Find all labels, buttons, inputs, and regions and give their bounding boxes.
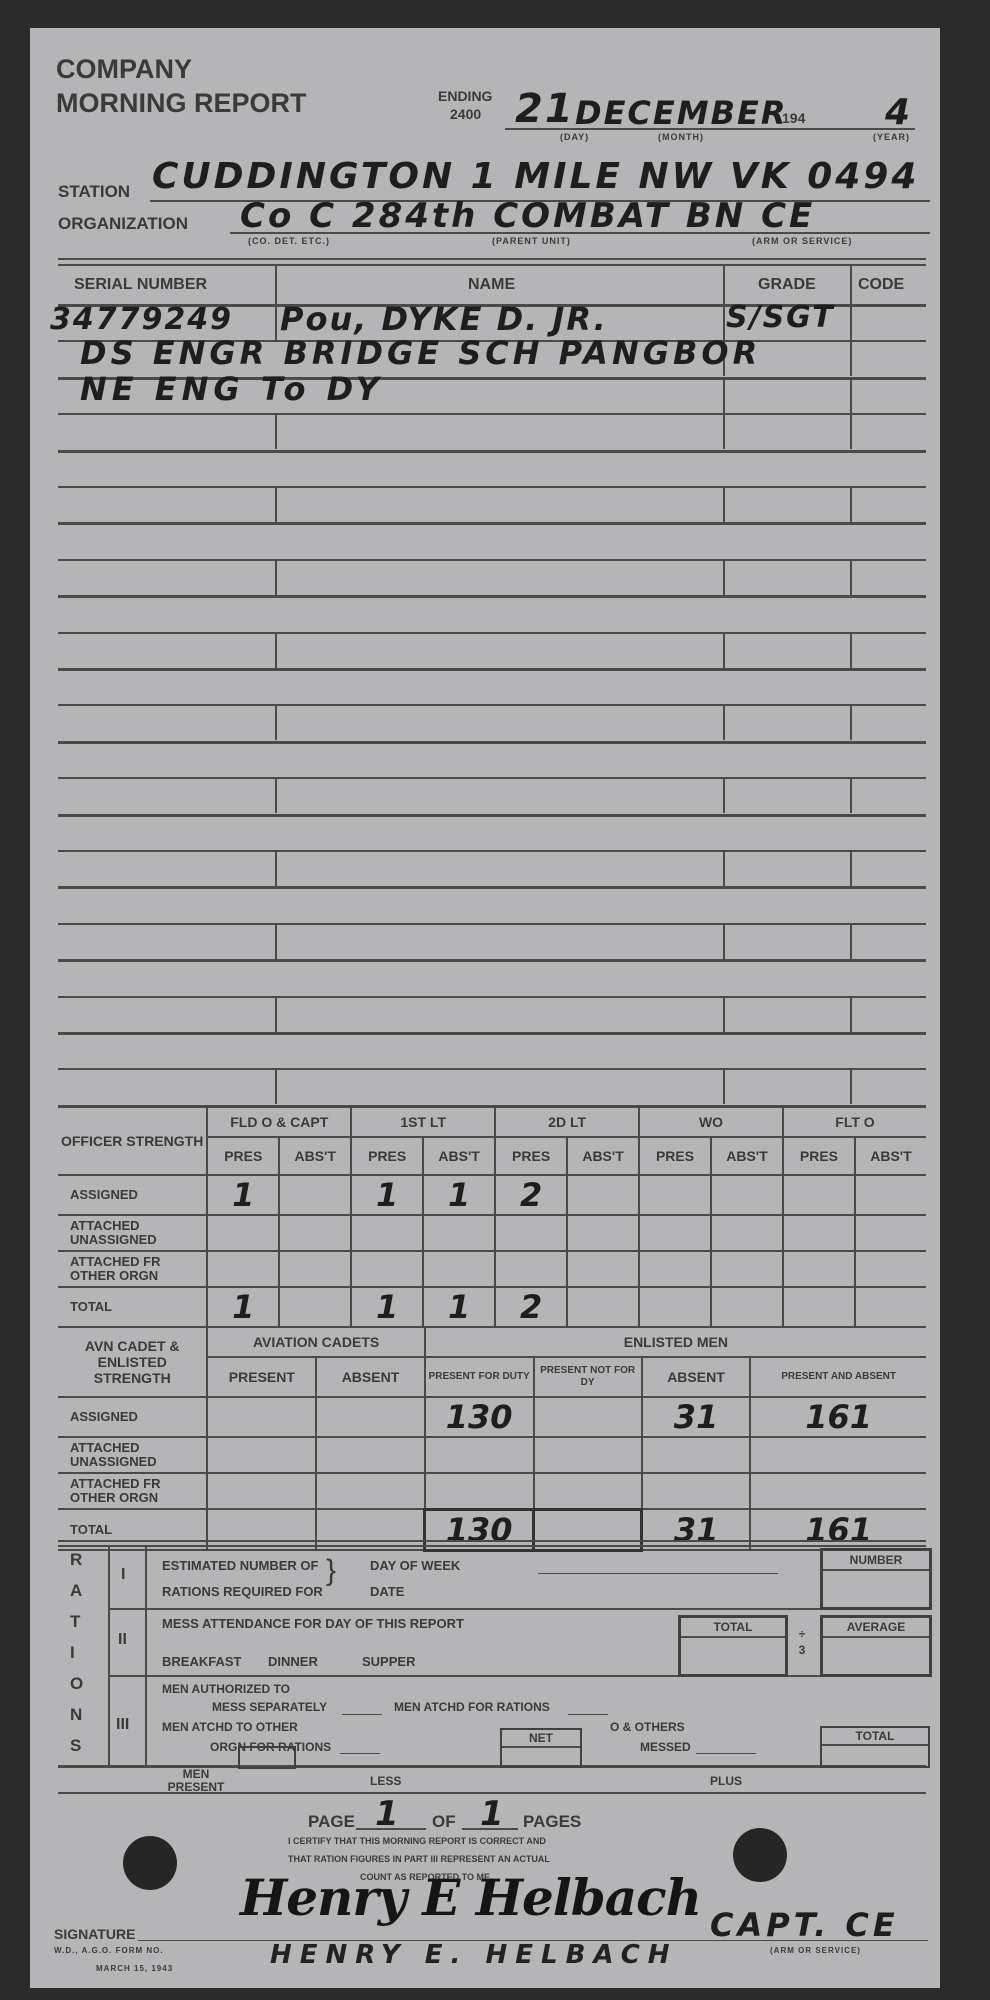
section-3-num: III <box>116 1716 129 1734</box>
col-divider <box>275 1068 277 1104</box>
entry-row-line <box>58 923 926 925</box>
enlisted-cell[interactable]: 161 <box>750 1509 926 1550</box>
rations-letter: R <box>70 1550 82 1570</box>
row-label: TOTAL <box>58 1509 207 1550</box>
entry-remark-1: DS ENGR BRIDGE SCH PANGBOR <box>80 334 761 372</box>
sub-header: PRESENT FOR DUTY <box>425 1357 534 1397</box>
month-caption: (MONTH) <box>658 132 704 142</box>
enlisted-cell[interactable] <box>750 1437 926 1473</box>
sub-header: ABSENT <box>316 1357 425 1397</box>
enlisted-cell[interactable] <box>425 1437 534 1473</box>
date-day: 21 <box>515 86 575 132</box>
org-caption-unit: (CO. DET. ETC.) <box>248 236 330 246</box>
ending-time: 2400 <box>450 106 481 122</box>
col-divider <box>275 923 277 959</box>
sub-header: PRES <box>495 1137 567 1175</box>
breakfast-label: BREAKFAST <box>162 1654 241 1669</box>
of-label: OF <box>432 1812 456 1832</box>
form-number: W.D., A.G.O. FORM NO. <box>54 1946 164 1955</box>
men-present-label: MEN PRESENT <box>166 1768 226 1794</box>
col-divider <box>723 559 725 595</box>
officer-cell[interactable] <box>855 1287 926 1327</box>
messed-field <box>696 1753 756 1754</box>
form-title-line1: COMPANY <box>56 54 192 84</box>
entry-row-line <box>58 450 926 453</box>
officer-cell[interactable] <box>495 1251 567 1287</box>
group-2d-lt: 2D LT <box>495 1107 639 1137</box>
enlisted-cell[interactable] <box>207 1397 316 1437</box>
sub-header: PRESENT NOT FOR DY <box>534 1357 642 1397</box>
year-prefix: 194 <box>782 110 805 126</box>
enlisted-cell[interactable] <box>642 1437 751 1473</box>
entry-row-line <box>58 996 926 998</box>
enlisted-cell[interactable] <box>316 1437 425 1473</box>
morning-report-form: COMPANY MORNING REPORT ENDING 2400 21 DE… <box>30 28 940 1988</box>
men-present-box[interactable] <box>238 1746 296 1769</box>
rations-letter: O <box>70 1674 83 1694</box>
day-of-week-label: DAY OF WEEK <box>370 1558 460 1573</box>
mess-separately-label: MESS SEPARATELY <box>212 1700 327 1714</box>
rank-and-service: CAPT. CE <box>710 1906 899 1944</box>
officer-cell[interactable] <box>783 1251 855 1287</box>
sub-header: ABS'T <box>567 1137 639 1175</box>
col-divider <box>723 923 725 959</box>
station-value: CUDDINGTON 1 MILE NW VK 0494 <box>152 156 919 197</box>
col-name: NAME <box>468 276 515 294</box>
col-divider <box>145 1547 147 1765</box>
entry-row-line <box>58 886 926 889</box>
officer-cell[interactable] <box>711 1251 783 1287</box>
day-of-week-field <box>538 1573 778 1574</box>
entry-row-line <box>58 413 926 415</box>
day-caption: (DAY) <box>560 132 589 142</box>
enlisted-cell[interactable]: 130 <box>425 1397 534 1437</box>
col-divider <box>723 704 725 740</box>
enlisted-cell[interactable] <box>534 1473 642 1509</box>
date-label: DATE <box>370 1584 404 1599</box>
enlisted-cell[interactable]: 130 <box>425 1509 534 1550</box>
col-divider <box>850 632 852 668</box>
rations-letter: A <box>70 1581 82 1601</box>
officer-cell[interactable] <box>711 1287 783 1327</box>
entry-remark-2: NE ENG To DY <box>80 370 384 408</box>
divider <box>58 264 926 266</box>
page-label: PAGE <box>308 1812 355 1832</box>
sub-header: PRES <box>639 1137 711 1175</box>
officer-cell[interactable] <box>423 1215 495 1251</box>
col-divider <box>275 996 277 1032</box>
officer-cell[interactable]: 1 <box>423 1287 495 1327</box>
sub-header: PRESENT AND ABSENT <box>750 1357 926 1397</box>
dinner-label: DINNER <box>268 1654 318 1669</box>
sub-header: ABS'T <box>711 1137 783 1175</box>
officer-cell[interactable] <box>855 1215 926 1251</box>
orgn-for-rations-field <box>340 1753 380 1754</box>
divider <box>58 1545 926 1547</box>
col-divider <box>850 1068 852 1104</box>
officer-cell[interactable]: 1 <box>351 1287 423 1327</box>
divider <box>58 1540 926 1542</box>
officer-cell[interactable] <box>279 1251 351 1287</box>
officer-cell[interactable] <box>567 1215 639 1251</box>
pages-total: 1 <box>480 1794 506 1834</box>
supper-label: SUPPER <box>362 1654 415 1669</box>
entry-row-line <box>58 814 926 817</box>
col-divider <box>850 340 852 376</box>
punch-hole-right <box>733 1828 787 1882</box>
col-divider <box>723 632 725 668</box>
row-label: ATTACHED UNASSIGNED <box>58 1215 207 1251</box>
col-divider <box>723 777 725 813</box>
rations-total-label: TOTAL <box>822 1728 928 1746</box>
section-2-num: II <box>118 1631 127 1649</box>
col-divider <box>275 704 277 740</box>
row-label: ATTACHED FR OTHER ORGN <box>58 1473 207 1509</box>
col-divider <box>850 923 852 959</box>
officer-cell[interactable] <box>279 1215 351 1251</box>
officer-strength-table: OFFICER STRENGTH FLD O & CAPT 1ST LT 2D … <box>58 1106 926 1328</box>
date-year: 4 <box>885 92 912 133</box>
rations-letter: T <box>70 1612 80 1632</box>
row-label: ATTACHED UNASSIGNED <box>58 1437 207 1473</box>
mess-total-box[interactable]: TOTAL <box>678 1615 788 1677</box>
entry-row-line <box>58 741 926 744</box>
col-divider <box>108 1547 110 1765</box>
group-1st-lt: 1ST LT <box>351 1107 495 1137</box>
group-flt-o: FLT O <box>783 1107 926 1137</box>
entry-row-line <box>58 777 926 779</box>
form-title-line2: MORNING REPORT <box>56 88 307 118</box>
men-atchd-other-label: MEN ATCHD TO OTHER <box>162 1720 298 1734</box>
officer-cell[interactable] <box>495 1215 567 1251</box>
enlisted-strength-table: AVN CADET & ENLISTED STRENGTH AVIATION C… <box>58 1326 926 1552</box>
entry-serial: 34779249 <box>50 302 233 337</box>
entry-name: Pou, DYKE D. JR. <box>280 300 608 338</box>
row-label: ASSIGNED <box>58 1175 207 1215</box>
officer-cell[interactable] <box>639 1215 711 1251</box>
messed-label: MESSED <box>640 1740 691 1754</box>
entry-row-line <box>58 668 926 671</box>
col-divider <box>275 632 277 668</box>
sub-header: PRES <box>351 1137 423 1175</box>
entry-row-line <box>58 850 926 852</box>
certification-line2: THAT RATION FIGURES IN PART III REPRESEN… <box>288 1854 550 1864</box>
average-label: AVERAGE <box>823 1618 929 1638</box>
page-number: 1 <box>375 1794 401 1834</box>
station-label: STATION <box>58 182 130 202</box>
net-box[interactable]: NET <box>500 1728 582 1768</box>
officer-cell[interactable] <box>351 1251 423 1287</box>
org-caption-parent: (PARENT UNIT) <box>492 236 571 246</box>
entry-row-line <box>58 959 926 962</box>
officer-cell[interactable] <box>639 1251 711 1287</box>
col-divider <box>723 1068 725 1104</box>
col-divider <box>850 850 852 886</box>
officer-cell[interactable] <box>711 1215 783 1251</box>
men-atchd-rations-field <box>568 1714 608 1715</box>
row-label: ASSIGNED <box>58 1397 207 1437</box>
enlisted-cell[interactable] <box>207 1509 316 1550</box>
entry-row-line <box>58 1032 926 1035</box>
men-atchd-rations-label: MEN ATCHD FOR RATIONS <box>394 1700 550 1714</box>
entry-row-line <box>58 632 926 634</box>
officer-cell[interactable] <box>783 1175 855 1215</box>
officer-cell[interactable] <box>207 1215 279 1251</box>
entry-row-line <box>58 559 926 561</box>
group-wo: WO <box>639 1107 783 1137</box>
rations-total-box[interactable]: TOTAL <box>820 1726 930 1768</box>
enlisted-cell[interactable]: 161 <box>750 1397 926 1437</box>
divider <box>108 1608 926 1610</box>
number-label: NUMBER <box>823 1551 929 1571</box>
divider <box>58 258 926 260</box>
col-divider <box>850 704 852 740</box>
officer-cell[interactable] <box>423 1251 495 1287</box>
divider <box>108 1675 926 1677</box>
col-divider <box>850 486 852 522</box>
entry-row-line <box>58 1068 926 1070</box>
col-divider <box>275 486 277 522</box>
enlisted-strength-title: AVN CADET & ENLISTED STRENGTH <box>58 1327 207 1397</box>
row-label: ATTACHED FR OTHER ORGN <box>58 1251 207 1287</box>
officer-cell[interactable] <box>783 1215 855 1251</box>
less-label: LESS <box>370 1774 401 1788</box>
entry-row-line <box>58 522 926 525</box>
col-divider <box>723 486 725 522</box>
mess-attendance-title: MESS ATTENDANCE FOR DAY OF THIS REPORT <box>162 1616 464 1631</box>
rations-required-line2: RATIONS REQUIRED FOR <box>162 1584 323 1599</box>
col-divider <box>275 559 277 595</box>
signature: Henry E Helbach <box>240 1868 701 1927</box>
officer-cell[interactable] <box>855 1251 926 1287</box>
group-enlisted-men: ENLISTED MEN <box>425 1327 926 1357</box>
officer-cell[interactable]: 2 <box>495 1287 567 1327</box>
brace: } <box>326 1554 336 1588</box>
col-divider <box>723 264 725 304</box>
net-label: NET <box>502 1730 580 1748</box>
o-others-label: O & OTHERS <box>610 1720 685 1734</box>
col-divider <box>850 264 852 304</box>
rations-letter: S <box>70 1736 81 1756</box>
mess-total-label: TOTAL <box>681 1618 785 1638</box>
col-code: CODE <box>858 276 904 294</box>
officer-cell[interactable] <box>567 1175 639 1215</box>
sub-header: PRESENT <box>207 1357 316 1397</box>
officer-cell[interactable] <box>351 1215 423 1251</box>
date-month: DECEMBER <box>575 94 788 132</box>
divide-by-3: ÷ 3 <box>796 1626 808 1658</box>
enlisted-cell[interactable] <box>425 1473 534 1509</box>
enlisted-cell[interactable] <box>316 1397 425 1437</box>
officer-cell[interactable] <box>567 1287 639 1327</box>
section-1-num: I <box>121 1566 125 1584</box>
rations-letter: N <box>70 1705 82 1725</box>
col-divider <box>850 559 852 595</box>
officer-cell[interactable] <box>279 1175 351 1215</box>
officer-cell[interactable] <box>711 1175 783 1215</box>
entry-row-line <box>58 595 926 598</box>
entry-row-line <box>58 704 926 706</box>
enlisted-cell[interactable] <box>316 1473 425 1509</box>
col-divider <box>850 777 852 813</box>
col-divider <box>723 996 725 1032</box>
plus-label: PLUS <box>710 1774 742 1788</box>
enlisted-cell[interactable] <box>534 1437 642 1473</box>
sub-header: ABSENT <box>642 1357 751 1397</box>
sub-header: ABS'T <box>855 1137 926 1175</box>
officer-cell[interactable] <box>783 1287 855 1327</box>
enlisted-cell[interactable]: 31 <box>642 1509 751 1550</box>
officer-cell[interactable] <box>567 1251 639 1287</box>
punch-hole-left <box>123 1836 177 1890</box>
organization-label: ORGANIZATION <box>58 214 188 234</box>
sub-header: ABS'T <box>423 1137 495 1175</box>
form-date: MARCH 15, 1943 <box>96 1964 173 1973</box>
group-fld-o-capt: FLD O & CAPT <box>207 1107 351 1137</box>
signature-label: SIGNATURE <box>54 1926 135 1942</box>
row-label: TOTAL <box>58 1287 207 1327</box>
group-aviation-cadets: AVIATION CADETS <box>207 1327 424 1357</box>
sub-header: PRES <box>207 1137 279 1175</box>
sub-header: ABS'T <box>279 1137 351 1175</box>
officer-cell[interactable]: 1 <box>351 1175 423 1215</box>
col-divider <box>723 377 725 413</box>
sub-header: PRES <box>783 1137 855 1175</box>
officer-cell[interactable] <box>279 1287 351 1327</box>
mess-separately-field <box>342 1714 382 1715</box>
enlisted-cell[interactable] <box>207 1473 316 1509</box>
enlisted-cell[interactable]: 31 <box>642 1397 751 1437</box>
enlisted-cell[interactable] <box>316 1509 425 1550</box>
average-box[interactable]: AVERAGE <box>820 1615 932 1677</box>
col-divider <box>850 304 852 340</box>
officer-cell[interactable]: 2 <box>495 1175 567 1215</box>
col-divider <box>850 413 852 449</box>
entry-row-line <box>58 486 926 488</box>
enlisted-cell[interactable] <box>534 1509 642 1550</box>
col-divider <box>275 264 277 304</box>
officer-cell[interactable]: 1 <box>207 1287 279 1327</box>
printed-name: HENRY E. HELBACH <box>270 1940 678 1970</box>
col-divider <box>850 996 852 1032</box>
officer-cell[interactable]: 1 <box>207 1175 279 1215</box>
pages-label: PAGES <box>523 1812 581 1832</box>
col-divider <box>723 850 725 886</box>
enlisted-cell[interactable] <box>750 1473 926 1509</box>
org-caption-arm: (ARM OR SERVICE) <box>752 236 852 246</box>
rations-letter: I <box>70 1643 75 1663</box>
number-box[interactable]: NUMBER <box>820 1548 932 1610</box>
officer-cell[interactable] <box>639 1287 711 1327</box>
col-divider <box>275 413 277 449</box>
col-divider <box>850 377 852 413</box>
officer-cell[interactable]: 1 <box>423 1175 495 1215</box>
certification-line1: I CERTIFY THAT THIS MORNING REPORT IS CO… <box>288 1836 546 1846</box>
enlisted-cell[interactable] <box>642 1473 751 1509</box>
organization-value: Co C 284th COMBAT BN CE <box>240 196 815 236</box>
officer-cell[interactable] <box>855 1175 926 1215</box>
officer-cell[interactable] <box>639 1175 711 1215</box>
col-serial-number: SERIAL NUMBER <box>74 276 207 294</box>
enlisted-cell[interactable] <box>534 1397 642 1437</box>
officer-strength-title: OFFICER STRENGTH <box>58 1107 207 1175</box>
col-divider <box>275 850 277 886</box>
col-grade: GRADE <box>758 276 816 294</box>
col-divider <box>723 413 725 449</box>
enlisted-cell[interactable] <box>207 1437 316 1473</box>
arm-caption: (ARM OR SERVICE) <box>770 1946 861 1955</box>
men-authorized-label: MEN AUTHORIZED TO <box>162 1682 290 1696</box>
ending-label: ENDING <box>438 88 492 104</box>
entry-grade: S/SGT <box>726 300 835 335</box>
officer-cell[interactable] <box>207 1251 279 1287</box>
rations-required-line1: ESTIMATED NUMBER OF <box>162 1558 318 1573</box>
year-caption: (YEAR) <box>873 132 910 142</box>
col-divider <box>275 777 277 813</box>
